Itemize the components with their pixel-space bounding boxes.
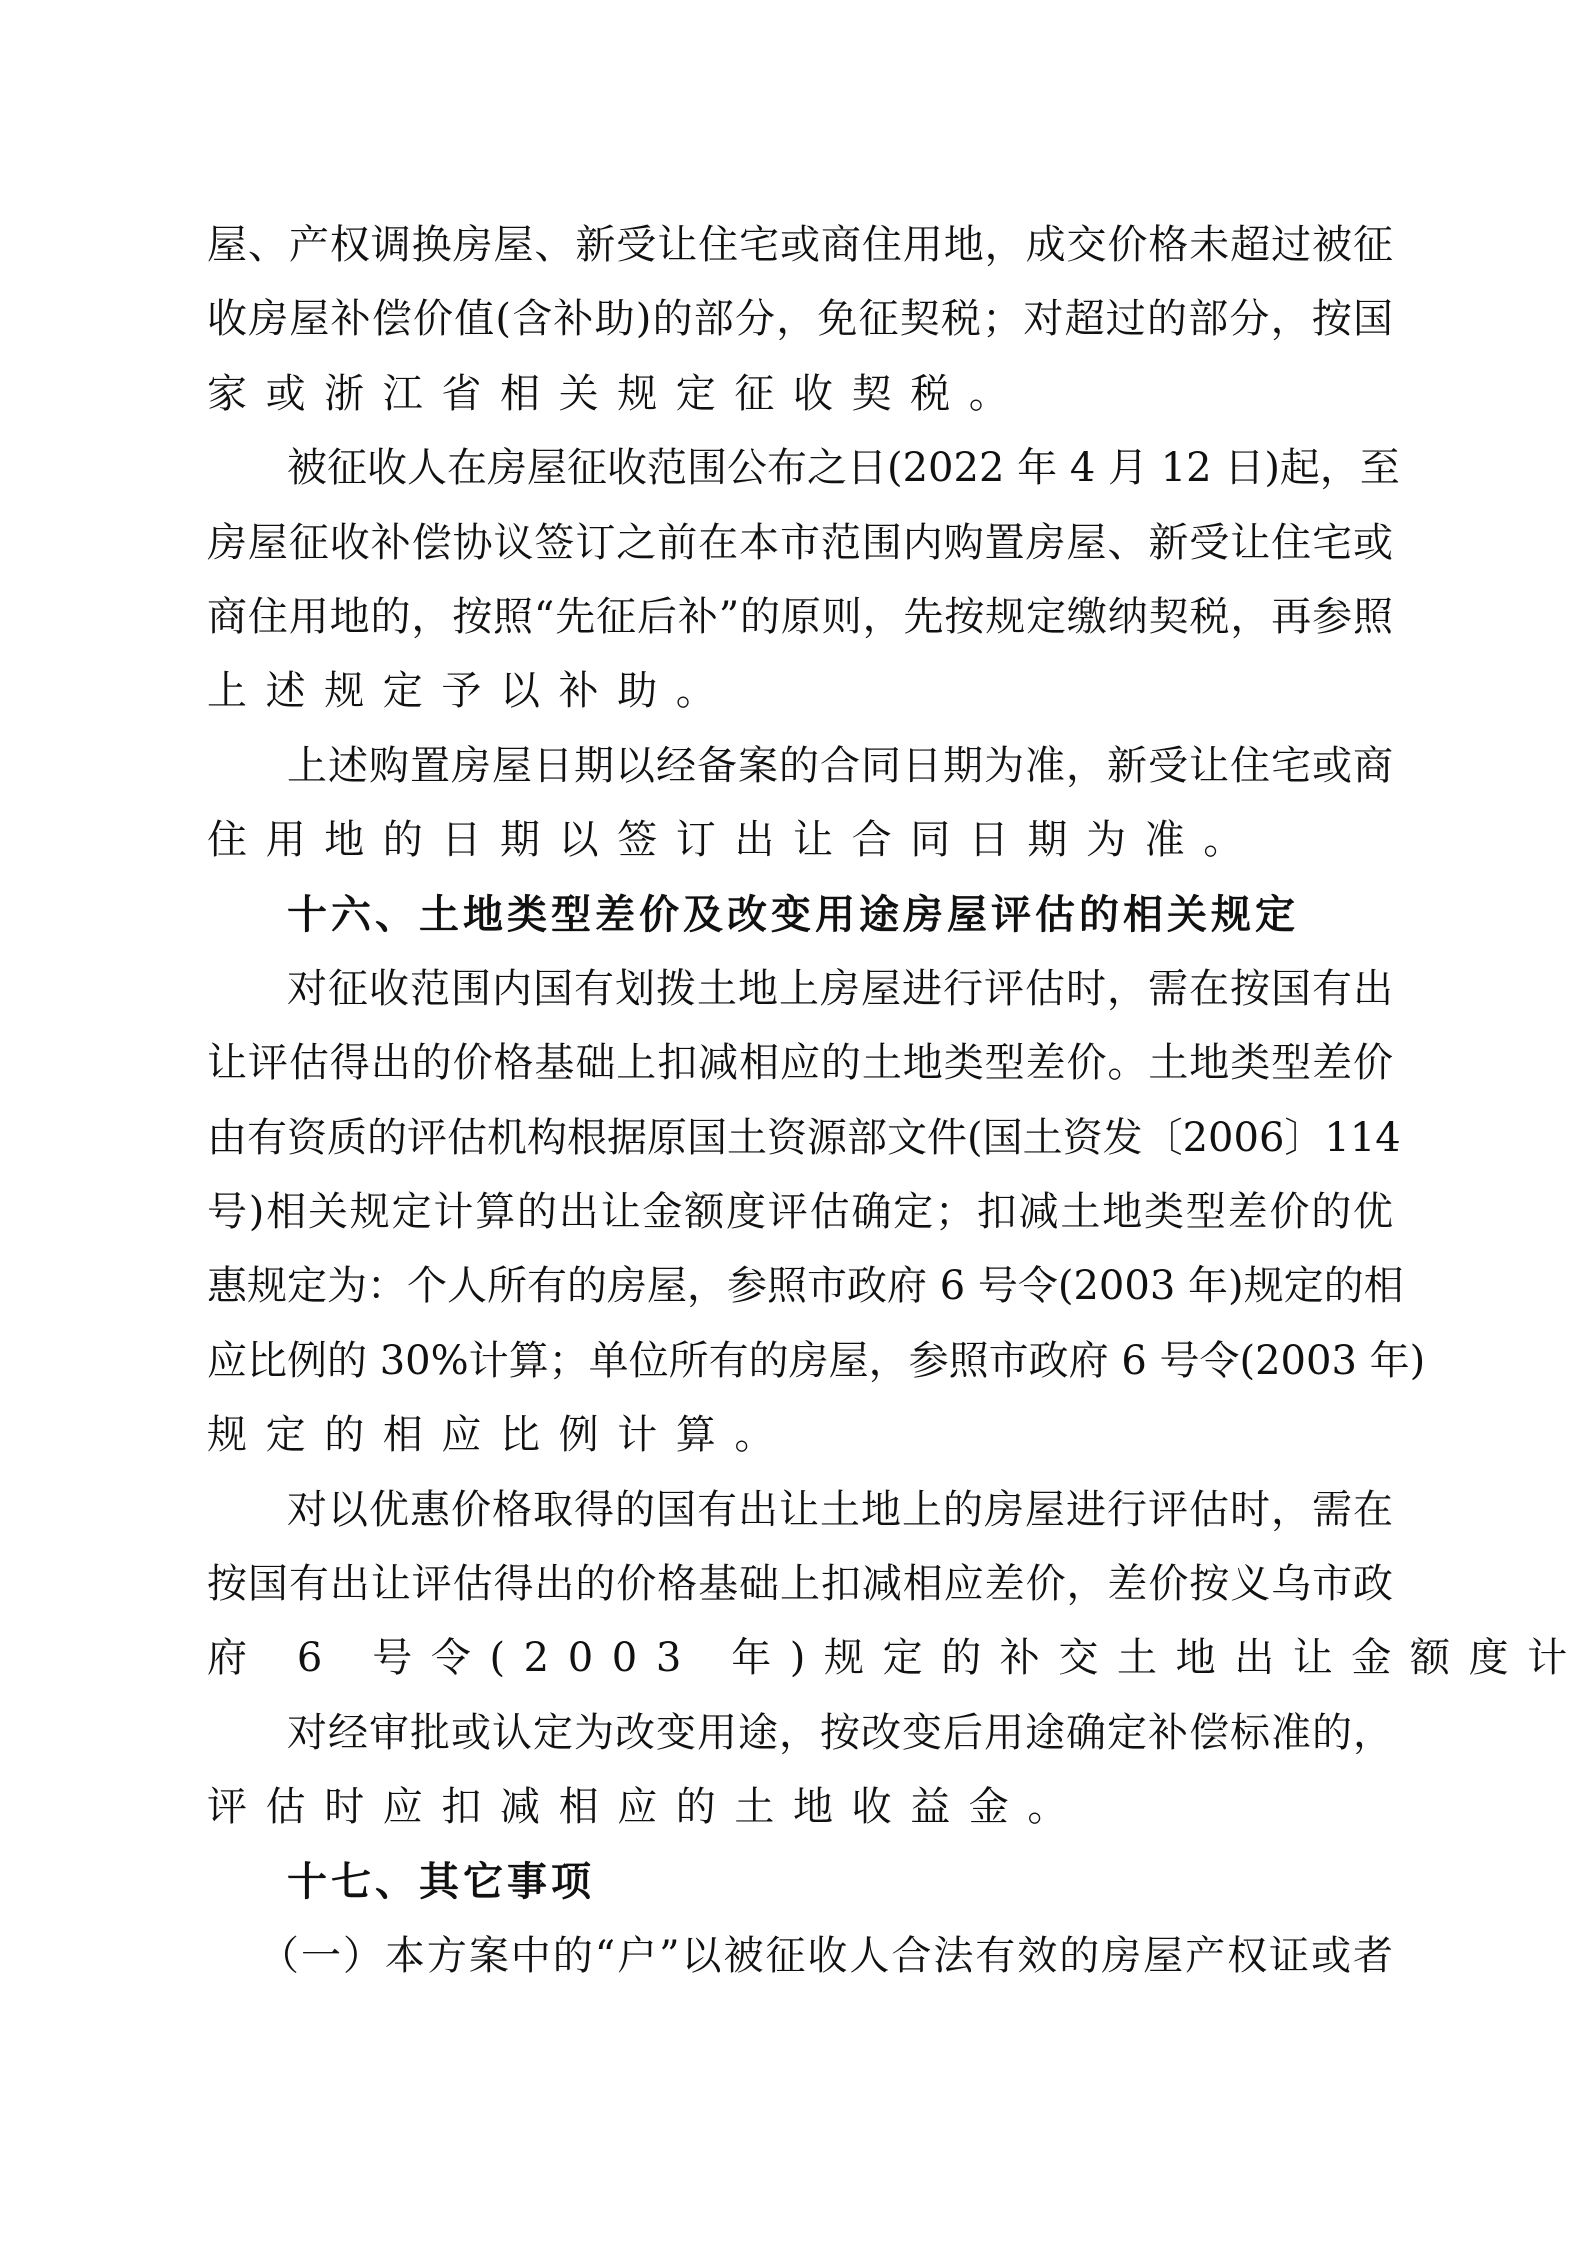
paragraph-purchase-before-agreement: 被征收人在房屋征收范围公布之日(2022 年 4 月 12 日)起，至 房屋征收…	[207, 431, 1393, 729]
text-line: （一）本方案中的“户”以被征收人合法有效的房屋产权证或者	[207, 1919, 1393, 1993]
text-line: 由有资质的评估机构根据原国土资源部文件(国土资发〔2006〕114	[207, 1101, 1393, 1175]
text-line: 收房屋补偿价值(含补助)的部分，免征契税；对超过的部分，按国	[207, 282, 1393, 356]
text-line: 屋、产权调换房屋、新受让住宅或商住用地，成交价格未超过被征	[207, 208, 1393, 282]
text-line: 评估时应扣减相应的土地收益金。	[207, 1770, 1393, 1844]
text-line: 被征收人在房屋征收范围公布之日(2022 年 4 月 12 日)起，至	[207, 431, 1393, 505]
text-line: 家或浙江省相关规定征收契税。	[207, 357, 1393, 431]
text-line: 对经审批或认定为改变用途，按改变后用途确定补偿标准的，	[207, 1696, 1393, 1770]
paragraph-other-matters-1: （一）本方案中的“户”以被征收人合法有效的房屋产权证或者	[207, 1919, 1393, 1993]
text-line: 上述购置房屋日期以经备案的合同日期为准，新受让住宅或商	[207, 729, 1393, 803]
text-line: 住用地的日期以签订出让合同日期为准。	[207, 803, 1393, 877]
text-line: 上述规定予以补助。	[207, 654, 1393, 728]
paragraph-allocated-land-assessment: 对征收范围内国有划拨土地上房屋进行评估时，需在按国有出 让评估得出的价格基础上扣…	[207, 952, 1393, 1473]
text-line: 惠规定为：个人所有的房屋，参照市政府 6 号令(2003 年)规定的相	[207, 1249, 1393, 1323]
section-heading-17: 十七、其它事项	[207, 1845, 1393, 1919]
paragraph-purchase-date-basis: 上述购置房屋日期以经备案的合同日期为准，新受让住宅或商 住用地的日期以签订出让合…	[207, 729, 1393, 878]
paragraph-changed-use-assessment: 对经审批或认定为改变用途，按改变后用途确定补偿标准的， 评估时应扣减相应的土地收…	[207, 1696, 1393, 1845]
text-line: 对以优惠价格取得的国有出让土地上的房屋进行评估时，需在	[207, 1473, 1393, 1547]
section-heading-16: 十六、土地类型差价及改变用途房屋评估的相关规定	[207, 878, 1393, 952]
text-line: 房屋征收补偿协议签订之前在本市范围内购置房屋、新受让住宅或	[207, 506, 1393, 580]
text-line: 让评估得出的价格基础上扣减相应的土地类型差价。土地类型差价	[207, 1026, 1393, 1100]
document-page: 屋、产权调换房屋、新受让住宅或商住用地，成交价格未超过被征 收房屋补偿价值(含补…	[207, 208, 1393, 1993]
text-line: 应比例的 30%计算；单位所有的房屋，参照市政府 6 号令(2003 年)	[207, 1324, 1393, 1398]
text-line: 商住用地的，按照“先征后补”的原则，先按规定缴纳契税，再参照	[207, 580, 1393, 654]
text-line: 号)相关规定计算的出让金额度评估确定；扣减土地类型差价的优	[207, 1175, 1393, 1249]
text-line: 对征收范围内国有划拨土地上房屋进行评估时，需在按国有出	[207, 952, 1393, 1026]
paragraph-preferential-land-assessment: 对以优惠价格取得的国有出让土地上的房屋进行评估时，需在 按国有出让评估得出的价格…	[207, 1473, 1393, 1696]
text-line: 按国有出让评估得出的价格基础上扣减相应差价，差价按义乌市政	[207, 1547, 1393, 1621]
text-line: 府 6 号令(2003 年)规定的补交土地出让金额度计算。	[207, 1621, 1393, 1695]
paragraph-deed-tax-exemption: 屋、产权调换房屋、新受让住宅或商住用地，成交价格未超过被征 收房屋补偿价值(含补…	[207, 208, 1393, 431]
text-line: 规定的相应比例计算。	[207, 1398, 1393, 1472]
